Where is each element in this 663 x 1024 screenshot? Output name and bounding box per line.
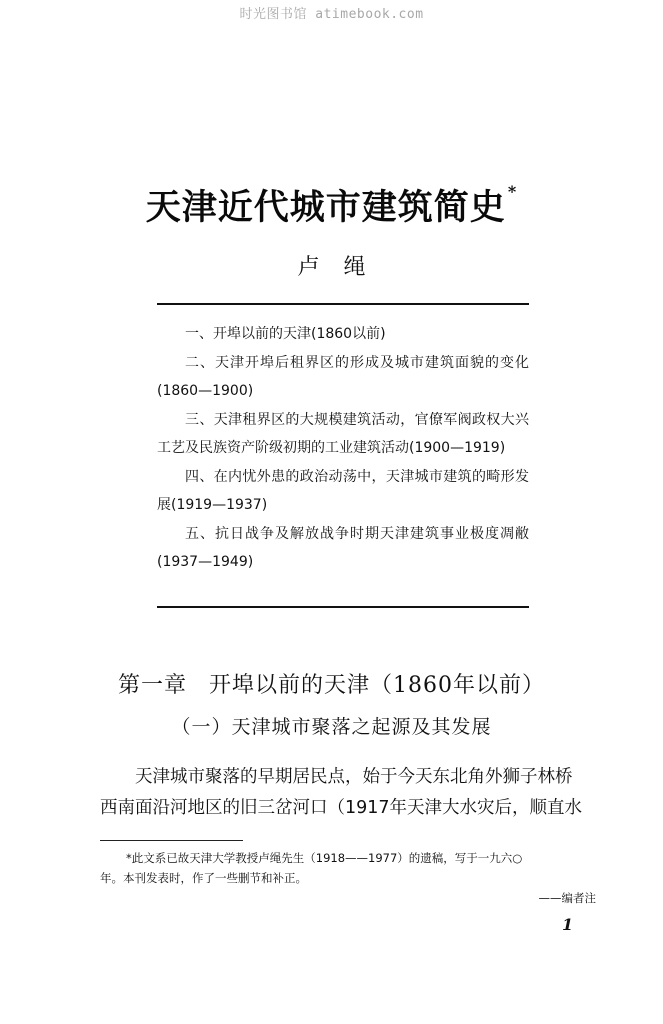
section-heading: （一）天津城市聚落之起源及其发展 xyxy=(0,712,663,739)
toc-item: 五、抗日战争及解放战争时期天津建筑事业极度凋敝(1937—1949) xyxy=(157,520,529,577)
footnote-line: *此文系已故天津大学教授卢绳先生（1918——1977）的遗稿，写于一九六○ xyxy=(100,848,610,868)
watermark: 时光图书馆 atimebook.com xyxy=(0,3,663,22)
toc-item: 一、开埠以前的天津(1860以前) xyxy=(157,320,529,349)
chapter-number: 第一章 xyxy=(118,673,187,698)
toc-bottom-rule xyxy=(157,606,529,608)
footnote-line: 年。本刊发表时，作了一些删节和补正。 xyxy=(100,868,610,888)
toc-item: 四、在内忧外患的政治动荡中，天津城市建筑的畸形发展(1919—1937) xyxy=(157,463,529,520)
table-of-contents: 一、开埠以前的天津(1860以前) 二、天津开埠后租界区的形成及城市建筑面貌的变… xyxy=(157,320,529,577)
page-number: 1 xyxy=(562,915,573,934)
toc-item: 三、天津租界区的大规模建筑活动，官僚军阀政权大兴工艺及民族资产阶级初期的工业建筑… xyxy=(157,406,529,463)
title-text: 天津近代城市建筑简史 xyxy=(146,187,506,228)
title-footnote-marker: * xyxy=(508,182,517,201)
body-line: 西南面沿河地区的旧三岔河口（1917年天津大水灾后，顺直水 xyxy=(100,793,600,824)
footnote-divider xyxy=(100,840,243,841)
chapter-heading: 第一章开埠以前的天津（1860年以前） xyxy=(0,668,663,699)
toc-item: 二、天津开埠后租界区的形成及城市建筑面貌的变化(1860—1900) xyxy=(157,349,529,406)
author-name: 卢绳 xyxy=(0,250,663,281)
body-line: 天津城市聚落的早期居民点，始于今天东北角外狮子林桥 xyxy=(100,762,600,793)
chapter-title: 开埠以前的天津（1860年以前） xyxy=(209,673,545,698)
body-paragraph: 天津城市聚落的早期居民点，始于今天东北角外狮子林桥 西南面沿河地区的旧三岔河口（… xyxy=(100,762,600,824)
toc-top-rule xyxy=(157,303,529,305)
footnote-signature: ——编者注 xyxy=(100,888,610,908)
article-title: 天津近代城市建筑简史* xyxy=(0,180,663,230)
footnote: *此文系已故天津大学教授卢绳先生（1918——1977）的遗稿，写于一九六○ 年… xyxy=(100,848,610,908)
